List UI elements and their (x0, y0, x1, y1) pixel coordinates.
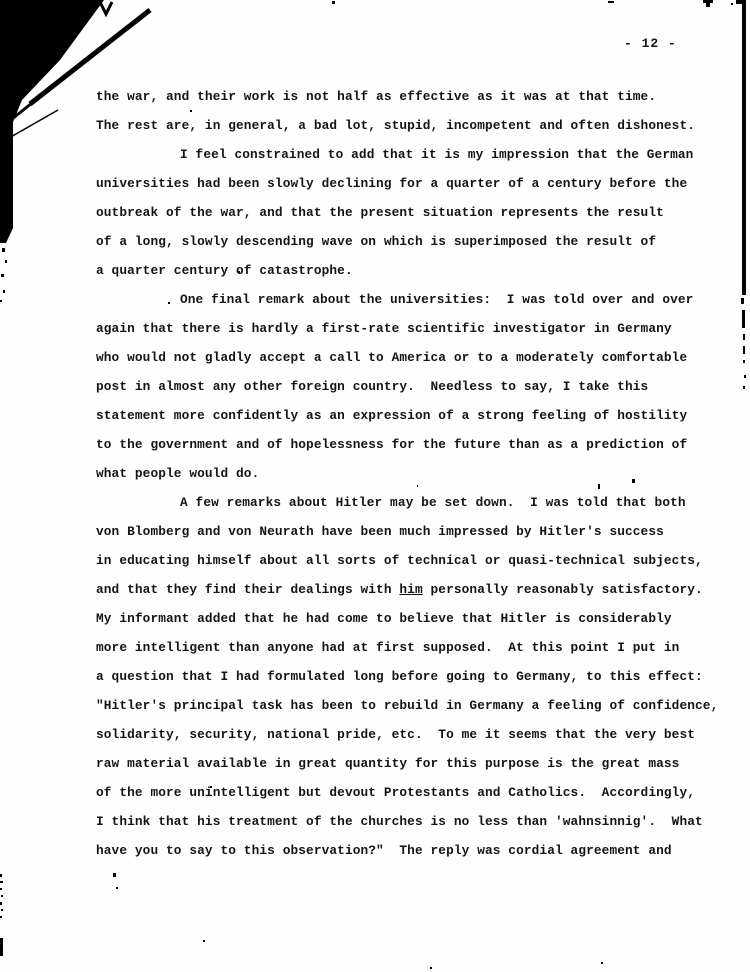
text-segment: a question that I had formulated long be… (96, 669, 703, 684)
document-text: the war, and their work is not half as e… (96, 82, 736, 865)
text-segment: A few remarks about Hitler may be set do… (180, 495, 686, 510)
text-segment: personally reasonably satisfactory. (423, 582, 703, 597)
text-line: universities had been slowly declining f… (96, 169, 736, 198)
text-line: A few remarks about Hitler may be set do… (96, 488, 736, 517)
text-segment: My informant added that he had come to b… (96, 611, 672, 626)
text-segment: I think that his treatment of the church… (96, 814, 703, 829)
text-line: solidarity, security, national pride, et… (96, 720, 736, 749)
text-segment: who would not gladly accept a call to Am… (96, 350, 687, 365)
text-segment: raw material available in great quantity… (96, 756, 679, 771)
text-line: of a long, slowly descending wave on whi… (96, 227, 736, 256)
text-segment: post in almost any other foreign country… (96, 379, 648, 394)
text-segment: statement more confidently as an express… (96, 408, 687, 423)
text-segment: more intelligent than anyone had at firs… (96, 640, 679, 655)
text-line: I think that his treatment of the church… (96, 807, 736, 836)
text-line: One final remark about the universities:… (96, 285, 736, 314)
text-segment: what people would do. (96, 466, 259, 481)
text-segment: of a long, slowly descending wave on whi… (96, 234, 656, 249)
text-line: post in almost any other foreign country… (96, 372, 736, 401)
text-segment: universities had been slowly declining f… (96, 176, 687, 191)
text-segment: "Hitler's principal task has been to reb… (96, 698, 718, 713)
text-line: raw material available in great quantity… (96, 749, 736, 778)
text-segment: the war, and their work is not half as e… (96, 89, 656, 104)
text-line: more intelligent than anyone had at firs… (96, 633, 736, 662)
text-segment: to the government and of hopelessness fo… (96, 437, 687, 452)
text-segment: a quarter century of catastrophe. (96, 263, 353, 278)
text-segment: outbreak of the war, and that the presen… (96, 205, 664, 220)
text-segment: have you to say to this observation?" Th… (96, 843, 672, 858)
text-line: I feel constrained to add that it is my … (96, 140, 736, 169)
text-segment: The rest are, in general, a bad lot, stu… (96, 118, 695, 133)
text-line: and that they find their dealings with h… (96, 575, 736, 604)
text-line: of the more unintelligent but devout Pro… (96, 778, 736, 807)
text-segment: solidarity, security, national pride, et… (96, 727, 695, 742)
text-line: have you to say to this observation?" Th… (96, 836, 736, 865)
text-segment: and that they find their dealings with (96, 582, 399, 597)
text-line: in educating himself about all sorts of … (96, 546, 736, 575)
text-segment: of the more unintelligent but devout Pro… (96, 785, 695, 800)
text-line: von Blomberg and von Neurath have been m… (96, 517, 736, 546)
text-line: "Hitler's principal task has been to reb… (96, 691, 736, 720)
text-line: the war, and their work is not half as e… (96, 82, 736, 111)
text-line: what people would do. (96, 459, 736, 488)
underlined-text: him (399, 582, 422, 597)
text-line: who would not gladly accept a call to Am… (96, 343, 736, 372)
text-segment: One final remark about the universities:… (180, 292, 693, 307)
text-line: a quarter century of catastrophe. (96, 256, 736, 285)
text-segment: again that there is hardly a first-rate … (96, 321, 672, 336)
text-line: outbreak of the war, and that the presen… (96, 198, 736, 227)
text-segment: I feel constrained to add that it is my … (180, 147, 693, 162)
text-line: again that there is hardly a first-rate … (96, 314, 736, 343)
text-line: The rest are, in general, a bad lot, stu… (96, 111, 736, 140)
text-line: to the government and of hopelessness fo… (96, 430, 736, 459)
text-line: a question that I had formulated long be… (96, 662, 736, 691)
page-number: - 12 - (624, 36, 677, 51)
text-segment: von Blomberg and von Neurath have been m… (96, 524, 664, 539)
scanned-document-page: - 12 - the war, and their work is not ha… (0, 0, 750, 972)
text-line: statement more confidently as an express… (96, 401, 736, 430)
text-line: My informant added that he had come to b… (96, 604, 736, 633)
text-segment: in educating himself about all sorts of … (96, 553, 703, 568)
